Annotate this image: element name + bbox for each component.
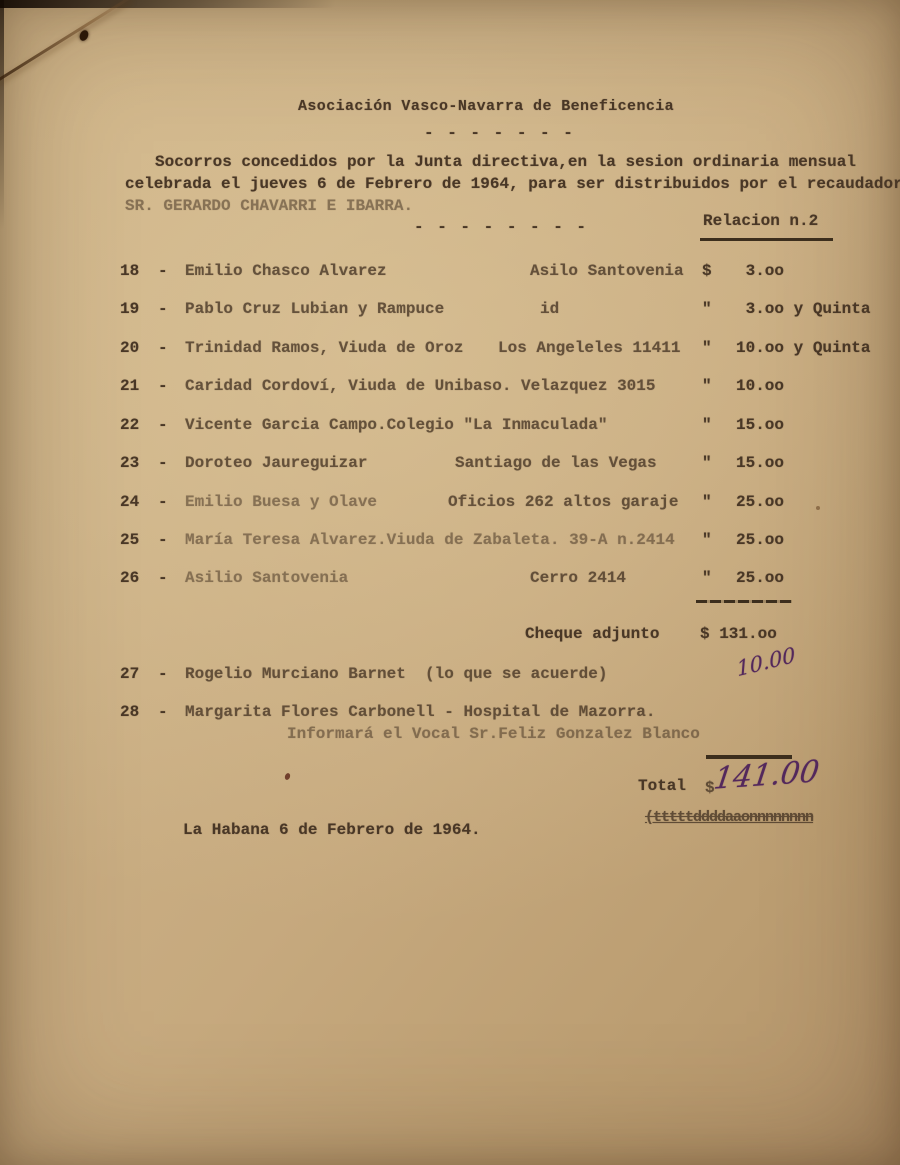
row-number: 20	[120, 338, 139, 358]
currency-mark: "	[702, 492, 712, 512]
ledger-row: 23 - Doroteo Jaureguizar Santiago de las…	[118, 453, 890, 475]
currency-mark: $	[702, 261, 712, 281]
row-number: 18	[120, 261, 139, 281]
beneficiary-name: Margarita Flores Carbonell - Hospital de…	[185, 702, 655, 722]
document-title: Asociación Vasco-Navarra de Beneficencia	[298, 97, 674, 116]
currency-mark: "	[702, 338, 712, 358]
beneficiary-name: Rogelio Murciano Barnet (lo que se acuer…	[185, 664, 607, 684]
cheque-amount: $ 131.oo	[700, 624, 777, 644]
ledger-row: 21 - Caridad Cordoví, Viuda de Unibaso. …	[118, 376, 890, 398]
ledger-row: 22 - Vicente Garcia Campo.Colegio "La In…	[118, 415, 890, 437]
amount: 10.oo	[736, 376, 784, 396]
currency-mark: "	[702, 453, 712, 473]
beneficiary-name: Emilio Chasco Alvarez	[185, 261, 387, 281]
beneficiary-location: Asilo Santovenia	[530, 261, 684, 281]
currency-mark: "	[702, 415, 712, 435]
scan-dark-edge	[0, 0, 430, 8]
amount: 25.oo	[736, 568, 784, 588]
row-dash: -	[158, 453, 168, 473]
amount: 25.oo	[736, 492, 784, 512]
footer-date: La Habana 6 de Febrero de 1964.	[183, 820, 481, 840]
row-dash: -	[158, 376, 168, 396]
handwritten-total: 141.00	[712, 754, 822, 797]
total-label: Total	[638, 776, 686, 796]
intro-line-2: celebrada el jueves 6 de Febrero de 1964…	[125, 174, 900, 194]
ledger-row: 20 - Trinidad Ramos, Viuda de Oroz Los A…	[118, 338, 890, 360]
amount: 10.oo y Quinta	[736, 338, 870, 358]
scanned-document-page: Asociación Vasco-Navarra de Beneficencia…	[0, 0, 900, 1165]
ledger-row: 25 - María Teresa Alvarez.Viuda de Zabal…	[118, 530, 890, 552]
row-number: 27	[120, 664, 139, 684]
amount: 15.oo	[736, 415, 784, 435]
ledger-row: 24 - Emilio Buesa y Olave Oficios 262 al…	[118, 492, 890, 514]
row-number: 26	[120, 568, 139, 588]
row-dash: -	[158, 530, 168, 550]
row-number: 25	[120, 530, 139, 550]
row-dash: -	[158, 568, 168, 588]
ledger-row: 18 - Emilio Chasco Alvarez Asilo Santove…	[118, 261, 890, 283]
section-separator: - - - - - - - -	[414, 217, 588, 237]
currency-mark: "	[702, 568, 712, 588]
beneficiary-name: Asilio Santovenia	[185, 568, 348, 588]
scan-dark-left-edge	[0, 0, 4, 230]
beneficiary-name: Emilio Buesa y Olave	[185, 492, 377, 512]
obliterated-text: (tttttddddaaonnnnnnnn	[645, 808, 813, 827]
intro-line-1: Socorros concedidos por la Junta directi…	[155, 152, 856, 172]
beneficiary-location: Cerro 2414	[530, 568, 626, 588]
ledger-row: 19 - Pablo Cruz Lubian y Rampuce id " 3.…	[118, 299, 890, 321]
intro-line-3: SR. GERARDO CHAVARRI E IBARRA.	[125, 196, 413, 216]
ledger-row: 26 - Asilio Santovenia Cerro 2414 " 25.o…	[118, 568, 890, 590]
beneficiary-name: Trinidad Ramos, Viuda de Oroz	[185, 338, 463, 358]
subtotal-rule	[696, 600, 792, 603]
relacion-label: Relacion n.2	[703, 211, 818, 231]
row-number: 28	[120, 702, 139, 722]
currency-mark: "	[702, 530, 712, 550]
beneficiary-location: id	[540, 299, 559, 319]
amount: 15.oo	[736, 453, 784, 473]
beneficiary-name: Caridad Cordoví, Viuda de Unibaso. Velaz…	[185, 376, 655, 396]
row-dash: -	[158, 664, 168, 684]
row-number: 24	[120, 492, 139, 512]
currency-mark: "	[702, 299, 712, 319]
title-separator: - - - - - - -	[424, 123, 575, 143]
beneficiary-name: Pablo Cruz Lubian y Rampuce	[185, 299, 444, 319]
beneficiary-location: Oficios 262 altos garaje	[448, 492, 678, 512]
currency-mark: "	[702, 376, 712, 396]
beneficiary-name: María Teresa Alvarez.Viuda de Zabaleta. …	[185, 530, 675, 550]
beneficiary-name: Vicente Garcia Campo.Colegio "La Inmacul…	[185, 415, 607, 435]
row-dash: -	[158, 299, 168, 319]
amount: 3.oo y Quinta	[736, 299, 870, 319]
ledger-row: 28 - Margarita Flores Carbonell - Hospit…	[118, 702, 890, 724]
amount: 3.oo	[736, 261, 784, 281]
row-number: 23	[120, 453, 139, 473]
cheque-label: Cheque adjunto	[525, 624, 659, 644]
row-dash: -	[158, 415, 168, 435]
paper-crease	[0, 0, 131, 83]
row-number: 19	[120, 299, 139, 319]
beneficiary-location: Santiago de las Vegas	[455, 453, 657, 473]
row-dash: -	[158, 492, 168, 512]
row-dash: -	[158, 338, 168, 358]
relacion-underline	[700, 238, 833, 241]
row-number: 22	[120, 415, 139, 435]
amount: 25.oo	[736, 530, 784, 550]
row-dash: -	[158, 261, 168, 281]
ink-speck	[284, 772, 291, 780]
beneficiary-name: Doroteo Jaureguizar	[185, 453, 367, 473]
row-number: 21	[120, 376, 139, 396]
row28-note: Informará el Vocal Sr.Feliz Gonzalez Bla…	[287, 724, 700, 744]
beneficiary-location: Los Angeleles 11411	[498, 338, 680, 358]
row-dash: -	[158, 702, 168, 722]
